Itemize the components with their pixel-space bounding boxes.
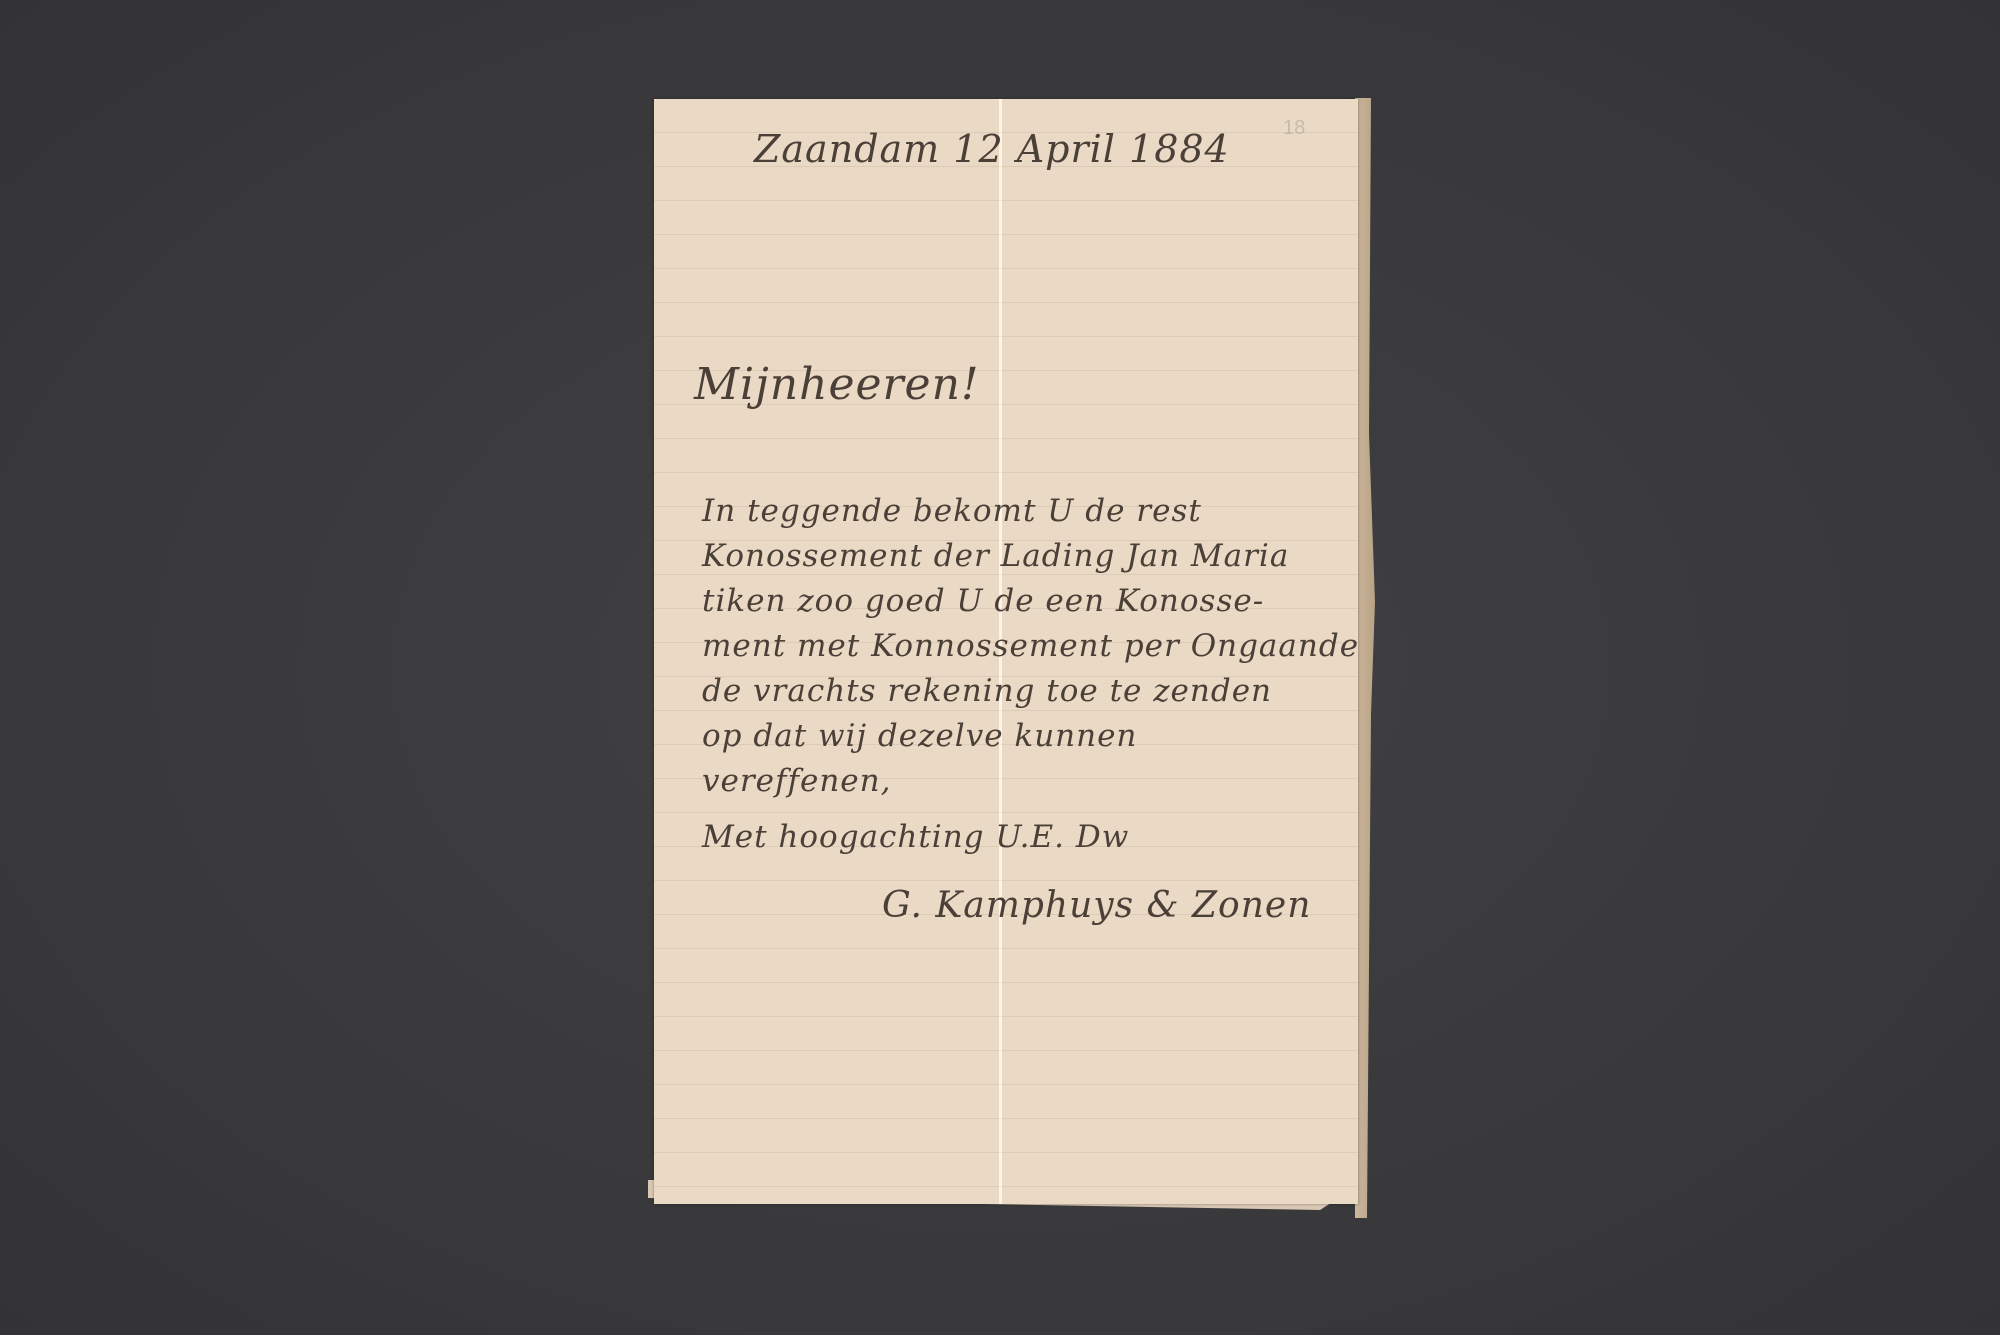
body-line: de vrachts rekening toe te zenden xyxy=(702,669,1359,714)
letter-body: In teggende bekomt U de rest Konossement… xyxy=(702,489,1359,804)
body-line: op dat wij dezelve kunnen xyxy=(702,714,1359,759)
dateline: Zaandam 12 April 1884 xyxy=(754,127,1230,171)
body-line: In teggende bekomt U de rest xyxy=(702,489,1359,534)
closing: Met hoogachting U.E. Dw xyxy=(702,819,1129,855)
body-line: Konossement der Lading Jan Maria xyxy=(702,534,1359,579)
salutation: Mijnheeren! xyxy=(694,359,980,410)
signature: G. Kamphuys & Zonen xyxy=(882,885,1311,926)
letter-page: 18 Zaandam 12 April 1884 Mijnheeren! In … xyxy=(654,99,1358,1204)
body-line: vereffenen, xyxy=(702,759,1359,804)
archive-pencil-mark: 18 xyxy=(1283,117,1305,140)
body-line: ment met Konnossement per Ongaande xyxy=(702,624,1359,669)
body-line: tiken zoo goed U de een Konosse- xyxy=(702,579,1359,624)
